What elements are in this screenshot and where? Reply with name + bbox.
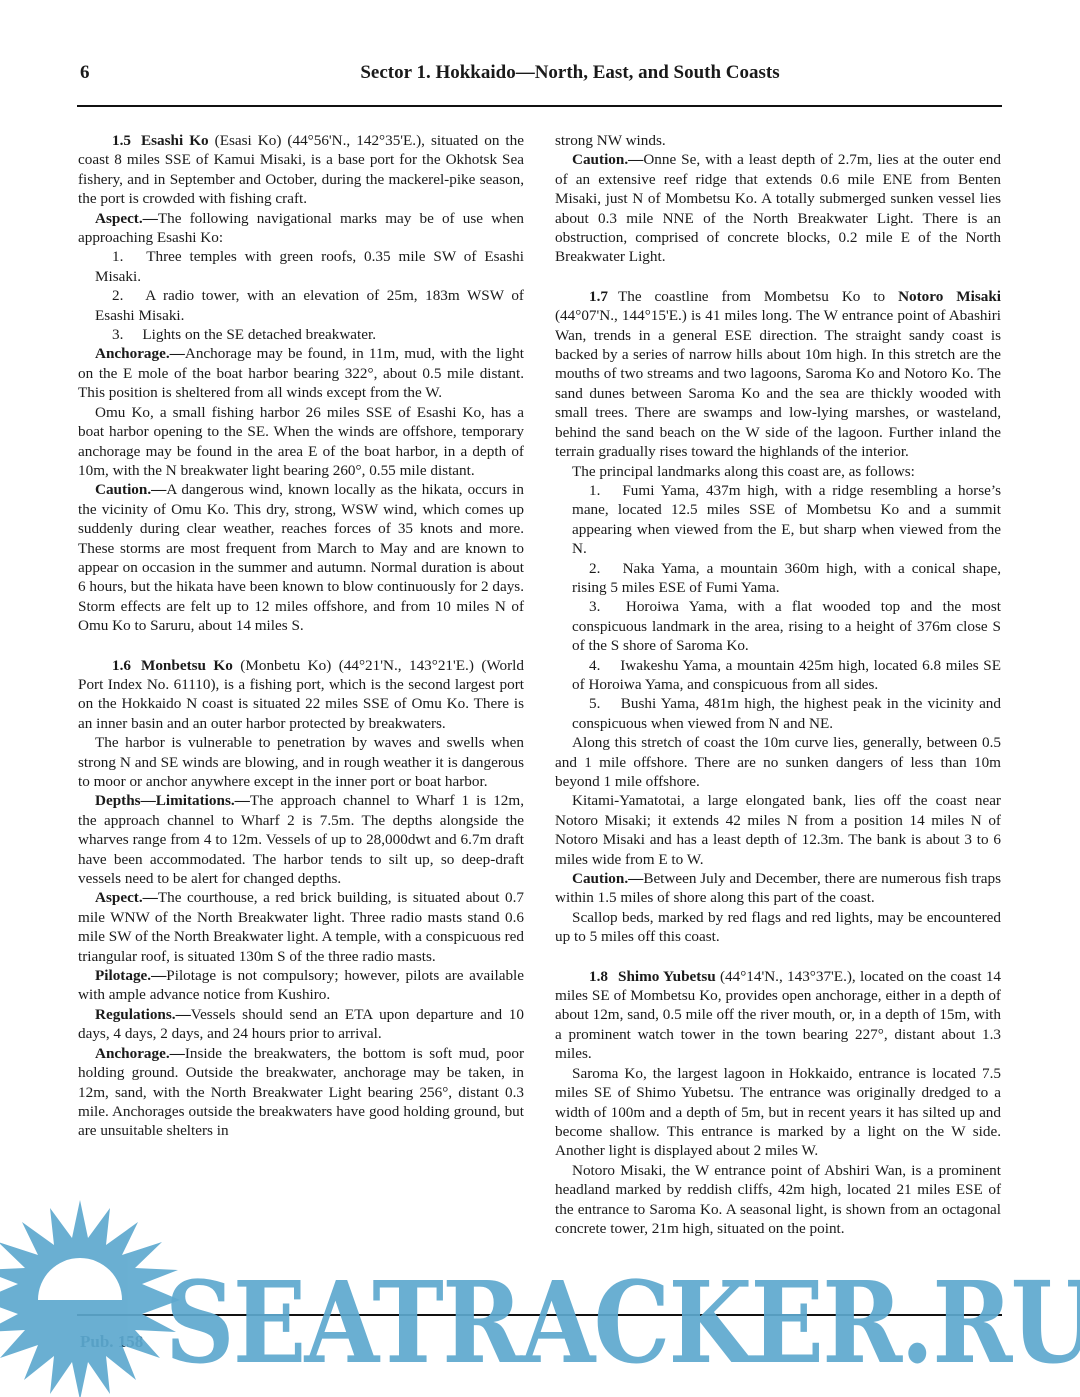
header-rule bbox=[77, 105, 1002, 107]
section-title: Notoro Misaki bbox=[898, 288, 1001, 305]
section-title: Esashi Ko bbox=[141, 132, 209, 149]
regulations-paragraph: Regulations.—Vessels should send an ETA … bbox=[78, 1005, 524, 1044]
landmarks-intro: The principal landmarks along this coast… bbox=[555, 462, 1001, 481]
scallop-paragraph: Scallop beds, marked by red flags and re… bbox=[555, 908, 1001, 947]
pilotage-paragraph: Pilotage.—Pilotage is not compulsory; ho… bbox=[78, 966, 524, 1005]
publication-label: Pub. 158 bbox=[80, 1332, 143, 1352]
list-item: 5. Bushi Yama, 481m high, the highest pe… bbox=[555, 694, 1001, 733]
notoro-paragraph: Notoro Misaki, the W entrance point of A… bbox=[555, 1161, 1001, 1239]
left-column: 1.5Esashi Ko (Esasi Ko) (44°56'N., 142°3… bbox=[78, 131, 524, 1141]
depths-paragraph: Depths—Limitations.—The approach channel… bbox=[78, 791, 524, 888]
saroma-paragraph: Saroma Ko, the largest lagoon in Hokkaid… bbox=[555, 1064, 1001, 1161]
section-title: Monbetsu Ko bbox=[141, 657, 233, 674]
list-item: 2. Naka Yama, a mountain 360m high, with… bbox=[555, 559, 1001, 598]
section-title: Shimo Yubetsu bbox=[618, 968, 716, 985]
running-title: Sector 1. Hokkaido—North, East, and Sout… bbox=[80, 62, 1000, 84]
list-item: 3. Horoiwa Yama, with a flat wooded top … bbox=[555, 597, 1001, 655]
section-1-8-intro: 1.8Shimo Yubetsu (44°14'N., 143°37'E.), … bbox=[555, 967, 1001, 1064]
list-item: 1. Three temples with green roofs, 0.35 … bbox=[78, 247, 524, 286]
section-1-7-intro: 1.7The coastline from Mombetsu Ko to Not… bbox=[555, 287, 1001, 462]
list-item: 3. Lights on the SE detached breakwater. bbox=[78, 325, 524, 344]
section-number: 1.5 bbox=[95, 131, 141, 150]
list-item: 2. A radio tower, with an elevation of 2… bbox=[78, 286, 524, 325]
aspect-paragraph: Aspect.—The following navigational marks… bbox=[78, 209, 524, 248]
caution-paragraph: Caution.—A dangerous wind, known locally… bbox=[78, 480, 524, 635]
continuation-text: strong NW winds. bbox=[555, 131, 1001, 150]
caution-paragraph: Caution.—Onne Se, with a least depth of … bbox=[555, 150, 1001, 266]
list-item: 1. Fumi Yama, 437m high, with a ridge re… bbox=[555, 481, 1001, 559]
aspect-paragraph: Aspect.—The courthouse, a red brick buil… bbox=[78, 888, 524, 966]
omu-ko-paragraph: Omu Ko, a small fishing harbor 26 miles … bbox=[78, 403, 524, 481]
section-number: 1.8 bbox=[572, 967, 618, 986]
anchorage-paragraph: Anchorage.—Inside the breakwaters, the b… bbox=[78, 1044, 524, 1141]
anchorage-paragraph: Anchorage.—Anchorage may be found, in 11… bbox=[78, 344, 524, 402]
caution-paragraph: Caution.—Between July and December, ther… bbox=[555, 869, 1001, 908]
vulnerable-paragraph: The harbor is vulnerable to penetration … bbox=[78, 733, 524, 791]
list-item: 4. Iwakeshu Yama, a mountain 425m high, … bbox=[555, 656, 1001, 695]
section-1-6-intro: 1.6Monbetsu Ko (Monbetu Ko) (44°21'N., 1… bbox=[78, 656, 524, 734]
right-column: strong NW winds. Caution.—Onne Se, with … bbox=[555, 131, 1001, 1238]
section-number: 1.7 bbox=[572, 287, 618, 306]
section-1-5-intro: 1.5Esashi Ko (Esasi Ko) (44°56'N., 142°3… bbox=[78, 131, 524, 209]
section-number: 1.6 bbox=[95, 656, 141, 675]
watermark-text: SEATRACKER.RU bbox=[165, 1268, 1080, 1380]
curve-paragraph: Along this stretch of coast the 10m curv… bbox=[555, 733, 1001, 791]
page-header: 6 Sector 1. Hokkaido—North, East, and So… bbox=[80, 58, 1000, 92]
kitami-paragraph: Kitami-Yamatotai, a large elongated bank… bbox=[555, 791, 1001, 869]
